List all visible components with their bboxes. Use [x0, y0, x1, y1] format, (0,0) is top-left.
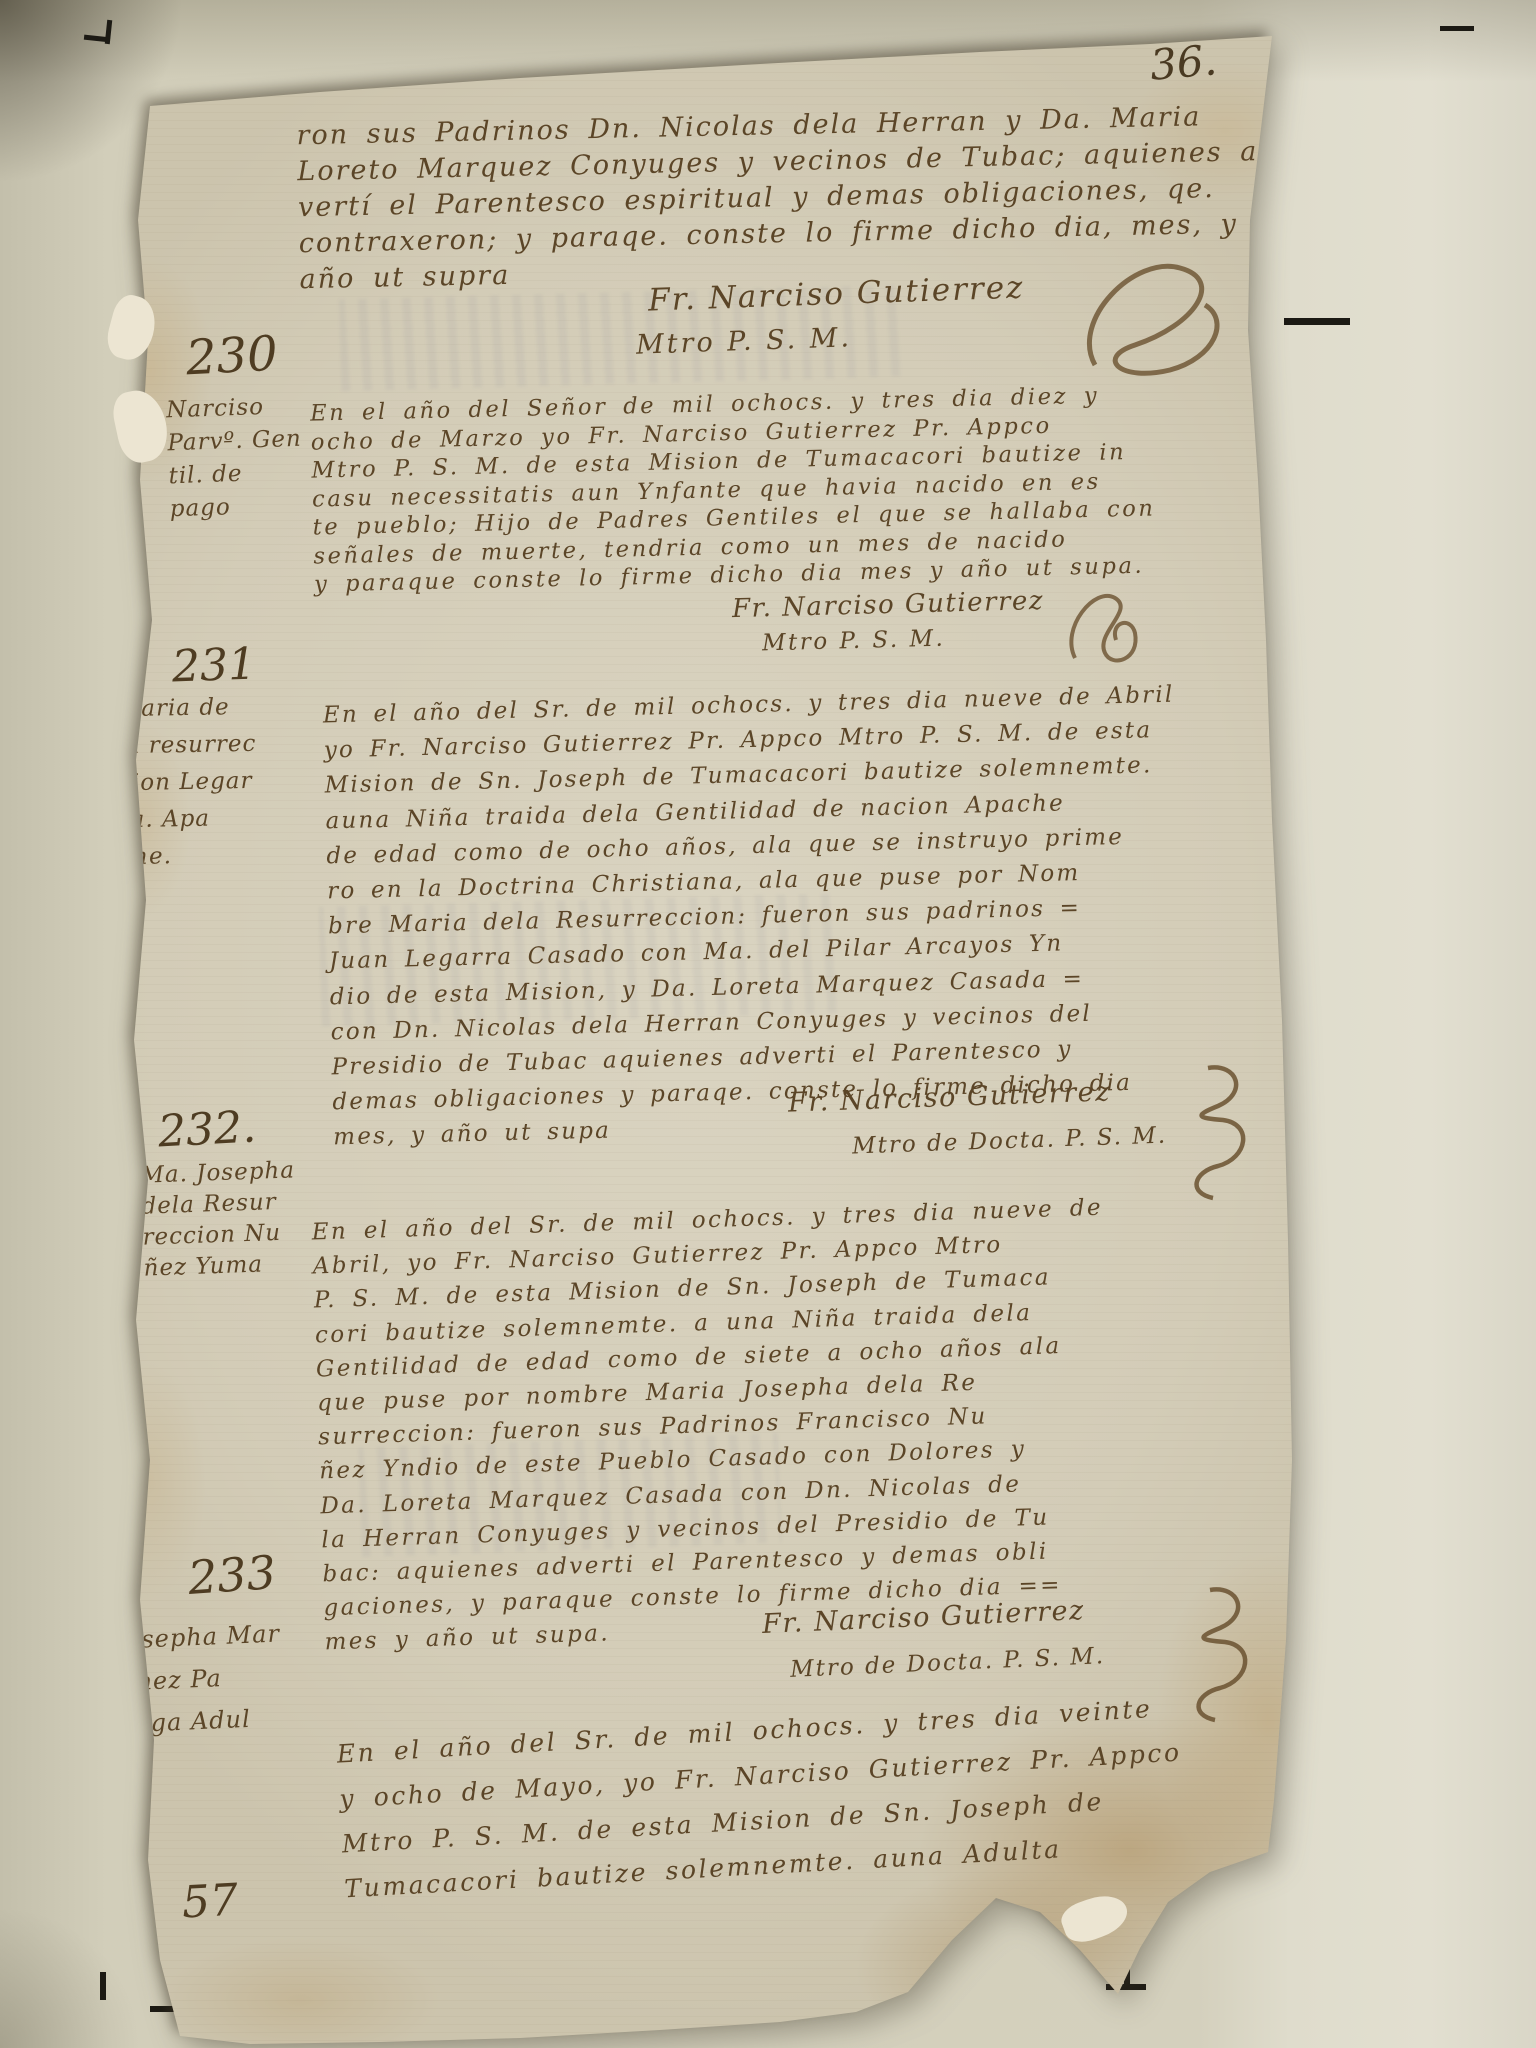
margin-line: Parvº. Gen — [167, 423, 302, 461]
signature-rubric — [1180, 1580, 1260, 1730]
paper-shadow-wrap: 36. ron sus Padrinos Dn. Nicolas dela He… — [0, 0, 1536, 2048]
signature-rubric — [1178, 1058, 1258, 1208]
margin-line: pago — [169, 489, 304, 527]
margin-line: ra. Apa — [118, 800, 258, 839]
entry-233-margin-note: Josepha Mar tinez Pa paga Adul ta. — [114, 1612, 286, 1787]
entry-231-margin-note: Maria de la resurrec cion Legar ra. Apa … — [116, 689, 258, 876]
folio-number: 36. — [1148, 35, 1219, 90]
signature-rubric — [1060, 578, 1150, 678]
margin-line: Josepha Mar — [114, 1612, 280, 1661]
entry-number-232: 232. — [157, 1101, 258, 1157]
margin-line: Maria de — [116, 689, 256, 728]
entry-232-body-text: En el año del Sr. de mil ochocs. y tres … — [311, 1191, 1116, 1660]
entry-number-233: 233 — [186, 1545, 277, 1605]
signature-rubric — [1075, 250, 1240, 390]
margin-line: paga Adul — [118, 1696, 284, 1745]
margin-line: che. — [119, 837, 259, 876]
signature-title: Mtro P. S. M. — [762, 626, 946, 657]
entry-number-230: 230 — [185, 326, 279, 387]
margin-line: reccion Nu — [142, 1217, 298, 1253]
page-number-bottom: 57 — [181, 1875, 240, 1929]
entry-number-231: 231 — [171, 639, 257, 693]
manuscript-photo: 36. ron sus Padrinos Dn. Nicolas dela He… — [0, 0, 1536, 2048]
entry-230-body-text: En el año del Señor de mil ochocs. y tre… — [310, 380, 1157, 599]
margin-line: tinez Pa — [116, 1654, 282, 1703]
entry-232-margin-note: Ma. Josepha dela Resur reccion Nu ñez Yu… — [140, 1155, 299, 1284]
margin-line: cion Legar — [118, 763, 258, 802]
margin-line: ñez Yuma — [143, 1248, 299, 1284]
manuscript-page: 36. ron sus Padrinos Dn. Nicolas dela He… — [0, 0, 1536, 2048]
margin-line: ta. — [120, 1738, 286, 1787]
margin-line: la resurrec — [117, 726, 257, 765]
margin-line: Narciso — [166, 390, 301, 428]
entry-230-margin-note: Narciso Parvº. Gen til. de pago — [166, 390, 305, 527]
margin-line: til. de — [168, 456, 303, 494]
